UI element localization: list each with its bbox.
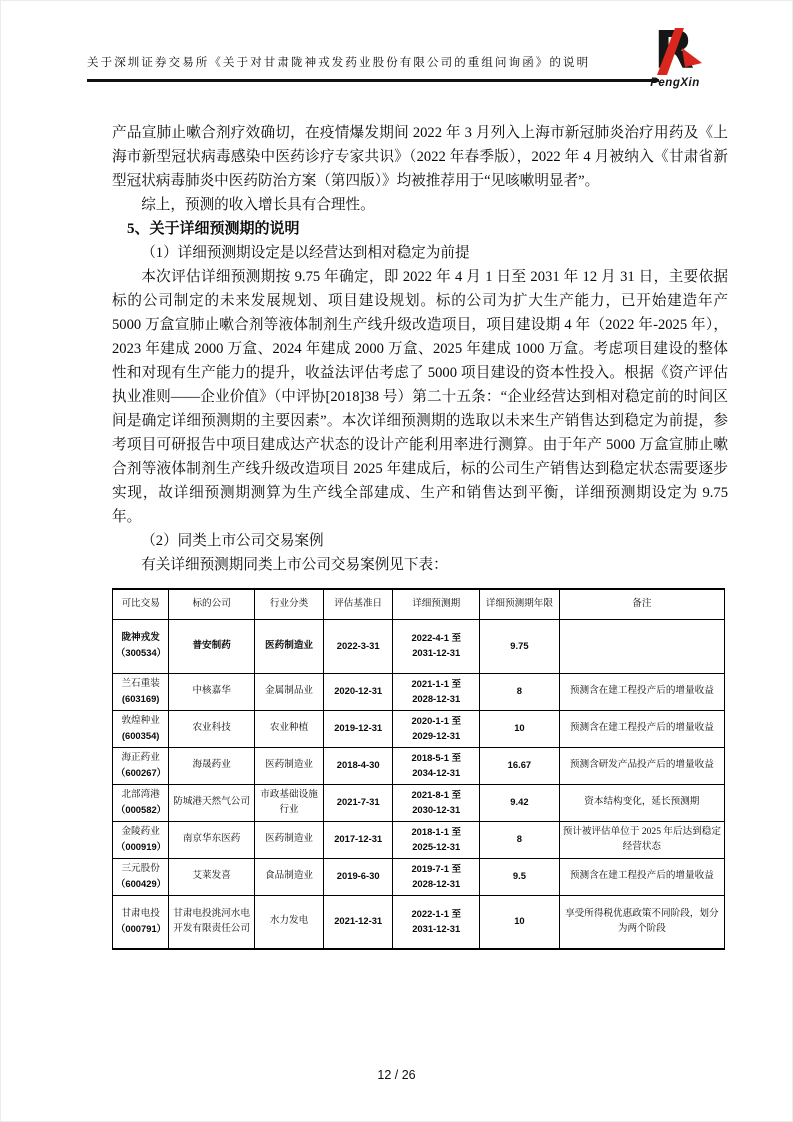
cell-comparable-company: 陇神戎发（300534）: [113, 619, 169, 673]
logo-brand-text: PengXin: [636, 77, 714, 89]
cell-forecast-years: 9.5: [480, 858, 560, 895]
column-header: 可比交易: [113, 589, 169, 619]
cell-valuation-base-date: 2017-12-31: [324, 821, 393, 858]
cell-industry: 市政基础设施行业: [254, 784, 323, 821]
cell-forecast-period: 2019-7-1 至2028-12-31: [393, 858, 480, 895]
cell-target-company: 南京华东医药: [169, 821, 255, 858]
cell-valuation-base-date: 2018-4-30: [324, 747, 393, 784]
document-header: 关于深圳证券交易所《关于对甘肃陇神戎发药业股份有限公司的重组问询函》的说明: [87, 54, 659, 82]
cell-forecast-period: 2018-5-1 至2034-12-31: [393, 747, 480, 784]
paragraph-product-efficacy: 产品宣肺止嗽合剂疗效确切，在疫情爆发期间 2022 年 3 月列入上海市新冠肺炎…: [112, 121, 728, 193]
cell-forecast-period: 2022-1-1 至2031-12-31: [393, 895, 480, 949]
column-header: 详细预测期年限: [480, 589, 560, 619]
cell-forecast-period: 2021-8-1 至2030-12-31: [393, 784, 480, 821]
comparable-transactions-table: 可比交易标的公司行业分类评估基准日详细预测期详细预测期年限备注 陇神戎发（300…: [112, 588, 725, 950]
cell-comparable-company: 海正药业（600267）: [113, 747, 169, 784]
cell-valuation-base-date: 2019-12-31: [324, 710, 393, 747]
cell-forecast-years: 9.75: [480, 619, 560, 673]
pengxin-logo-icon: R: [642, 22, 708, 76]
table-row: 海正药业（600267）海晟药业医药制造业2018-4-302018-5-1 至…: [113, 747, 725, 784]
cell-remark: 预测含在建工程投产后的增量收益: [559, 673, 724, 710]
cell-industry: 医药制造业: [254, 619, 323, 673]
cell-target-company: 农业科技: [169, 710, 255, 747]
cell-comparable-company: 金陵药业（000919）: [113, 821, 169, 858]
cell-industry: 水力发电: [254, 895, 323, 949]
cell-industry: 金属制品业: [254, 673, 323, 710]
cell-remark: 资本结构变化，延长预测期: [559, 784, 724, 821]
table-row: 三元股份（600429）艾莱发喜食品制造业2019-6-302019-7-1 至…: [113, 858, 725, 895]
cell-valuation-base-date: 2021-7-31: [324, 784, 393, 821]
comparison-table-body: 陇神戎发（300534）普安制药医药制造业2022-3-312022-4-1 至…: [113, 619, 725, 949]
cell-industry: 食品制造业: [254, 858, 323, 895]
section-heading: 5、关于详细预测期的说明: [112, 217, 728, 241]
cell-target-company: 中核嘉华: [169, 673, 255, 710]
table-row: 北部湾港（000582）防城港天然气公司市政基础设施行业2021-7-31202…: [113, 784, 725, 821]
cell-industry: 医药制造业: [254, 747, 323, 784]
cell-forecast-period: 2021-1-1 至2028-12-31: [393, 673, 480, 710]
cell-valuation-base-date: 2021-12-31: [324, 895, 393, 949]
column-header: 详细预测期: [393, 589, 480, 619]
cell-remark: 预测含在建工程投产后的增量收益: [559, 858, 724, 895]
paragraph-table-intro: 有关详细预测期同类上市公司交易案例见下表：: [112, 553, 728, 577]
cell-valuation-base-date: 2022-3-31: [324, 619, 393, 673]
table-row: 敦煌种业(600354)农业科技农业种植2019-12-312020-1-1 至…: [113, 710, 725, 747]
cell-forecast-years: 8: [480, 673, 560, 710]
document-body: 产品宣肺止嗽合剂疗效确切，在疫情爆发期间 2022 年 3 月列入上海市新冠肺炎…: [112, 121, 728, 950]
cell-forecast-years: 8: [480, 821, 560, 858]
table-row: 甘肃电投（000791）甘肃电投洮河水电开发有限责任公司水力发电2021-12-…: [113, 895, 725, 949]
cell-target-company: 甘肃电投洮河水电开发有限责任公司: [169, 895, 255, 949]
cell-valuation-base-date: 2020-12-31: [324, 673, 393, 710]
cell-forecast-period: 2018-1-1 至2025-12-31: [393, 821, 480, 858]
table-row: 金陵药业（000919）南京华东医药医药制造业2017-12-312018-1-…: [113, 821, 725, 858]
header-title: 关于深圳证券交易所《关于对甘肃陇神戎发药业股份有限公司的重组问询函》的说明: [87, 54, 659, 79]
cell-target-company: 防城港天然气公司: [169, 784, 255, 821]
cell-forecast-period: 2020-1-1 至2029-12-31: [393, 710, 480, 747]
cell-remark: 预测含在建工程投产后的增量收益: [559, 710, 724, 747]
cell-forecast-years: 10: [480, 895, 560, 949]
company-logo: R PengXin: [636, 22, 714, 89]
cell-remark: 预测含研发产品投产后的增量收益: [559, 747, 724, 784]
cell-forecast-period: 2022-4-1 至2031-12-31: [393, 619, 480, 673]
cell-industry: 农业种植: [254, 710, 323, 747]
subsection-1-heading: （1）详细预测期设定是以经营达到相对稳定为前提: [112, 241, 728, 265]
cell-comparable-company: 北部湾港（000582）: [113, 784, 169, 821]
cell-industry: 医药制造业: [254, 821, 323, 858]
subsection-2-heading: （2）同类上市公司交易案例: [112, 529, 728, 553]
document-page: 关于深圳证券交易所《关于对甘肃陇神戎发药业股份有限公司的重组问询函》的说明 R …: [0, 0, 793, 1122]
cell-remark: 享受所得税优惠政策不同阶段，划分为两个阶段: [559, 895, 724, 949]
cell-comparable-company: 兰石重装(603169): [113, 673, 169, 710]
cell-forecast-years: 10: [480, 710, 560, 747]
column-header: 评估基准日: [324, 589, 393, 619]
table-row: 兰石重装(603169)中核嘉华金属制品业2020-12-312021-1-1 …: [113, 673, 725, 710]
cell-comparable-company: 甘肃电投（000791）: [113, 895, 169, 949]
header-rule: [87, 79, 659, 82]
table-row: 陇神戎发（300534）普安制药医药制造业2022-3-312022-4-1 至…: [113, 619, 725, 673]
cell-remark: [559, 619, 724, 673]
cell-target-company: 艾莱发喜: [169, 858, 255, 895]
page-number: 12 / 26: [377, 1068, 415, 1082]
page-footer: 12 / 26: [0, 1068, 793, 1082]
column-header: 行业分类: [254, 589, 323, 619]
table-header-row: 可比交易标的公司行业分类评估基准日详细预测期详细预测期年限备注: [113, 589, 725, 619]
cell-target-company: 普安制药: [169, 619, 255, 673]
column-header: 标的公司: [169, 589, 255, 619]
paragraph-conclusion: 综上，预测的收入增长具有合理性。: [112, 193, 728, 217]
cell-comparable-company: 三元股份（600429）: [113, 858, 169, 895]
column-header: 备注: [559, 589, 724, 619]
cell-forecast-years: 9.42: [480, 784, 560, 821]
paragraph-forecast-period: 本次评估详细预测期按 9.75 年确定，即 2022 年 4 月 1 日至 20…: [112, 265, 728, 529]
cell-comparable-company: 敦煌种业(600354): [113, 710, 169, 747]
cell-valuation-base-date: 2019-6-30: [324, 858, 393, 895]
cell-target-company: 海晟药业: [169, 747, 255, 784]
cell-remark: 预计被评估单位于 2025 年后达到稳定经营状态: [559, 821, 724, 858]
cell-forecast-years: 16.67: [480, 747, 560, 784]
